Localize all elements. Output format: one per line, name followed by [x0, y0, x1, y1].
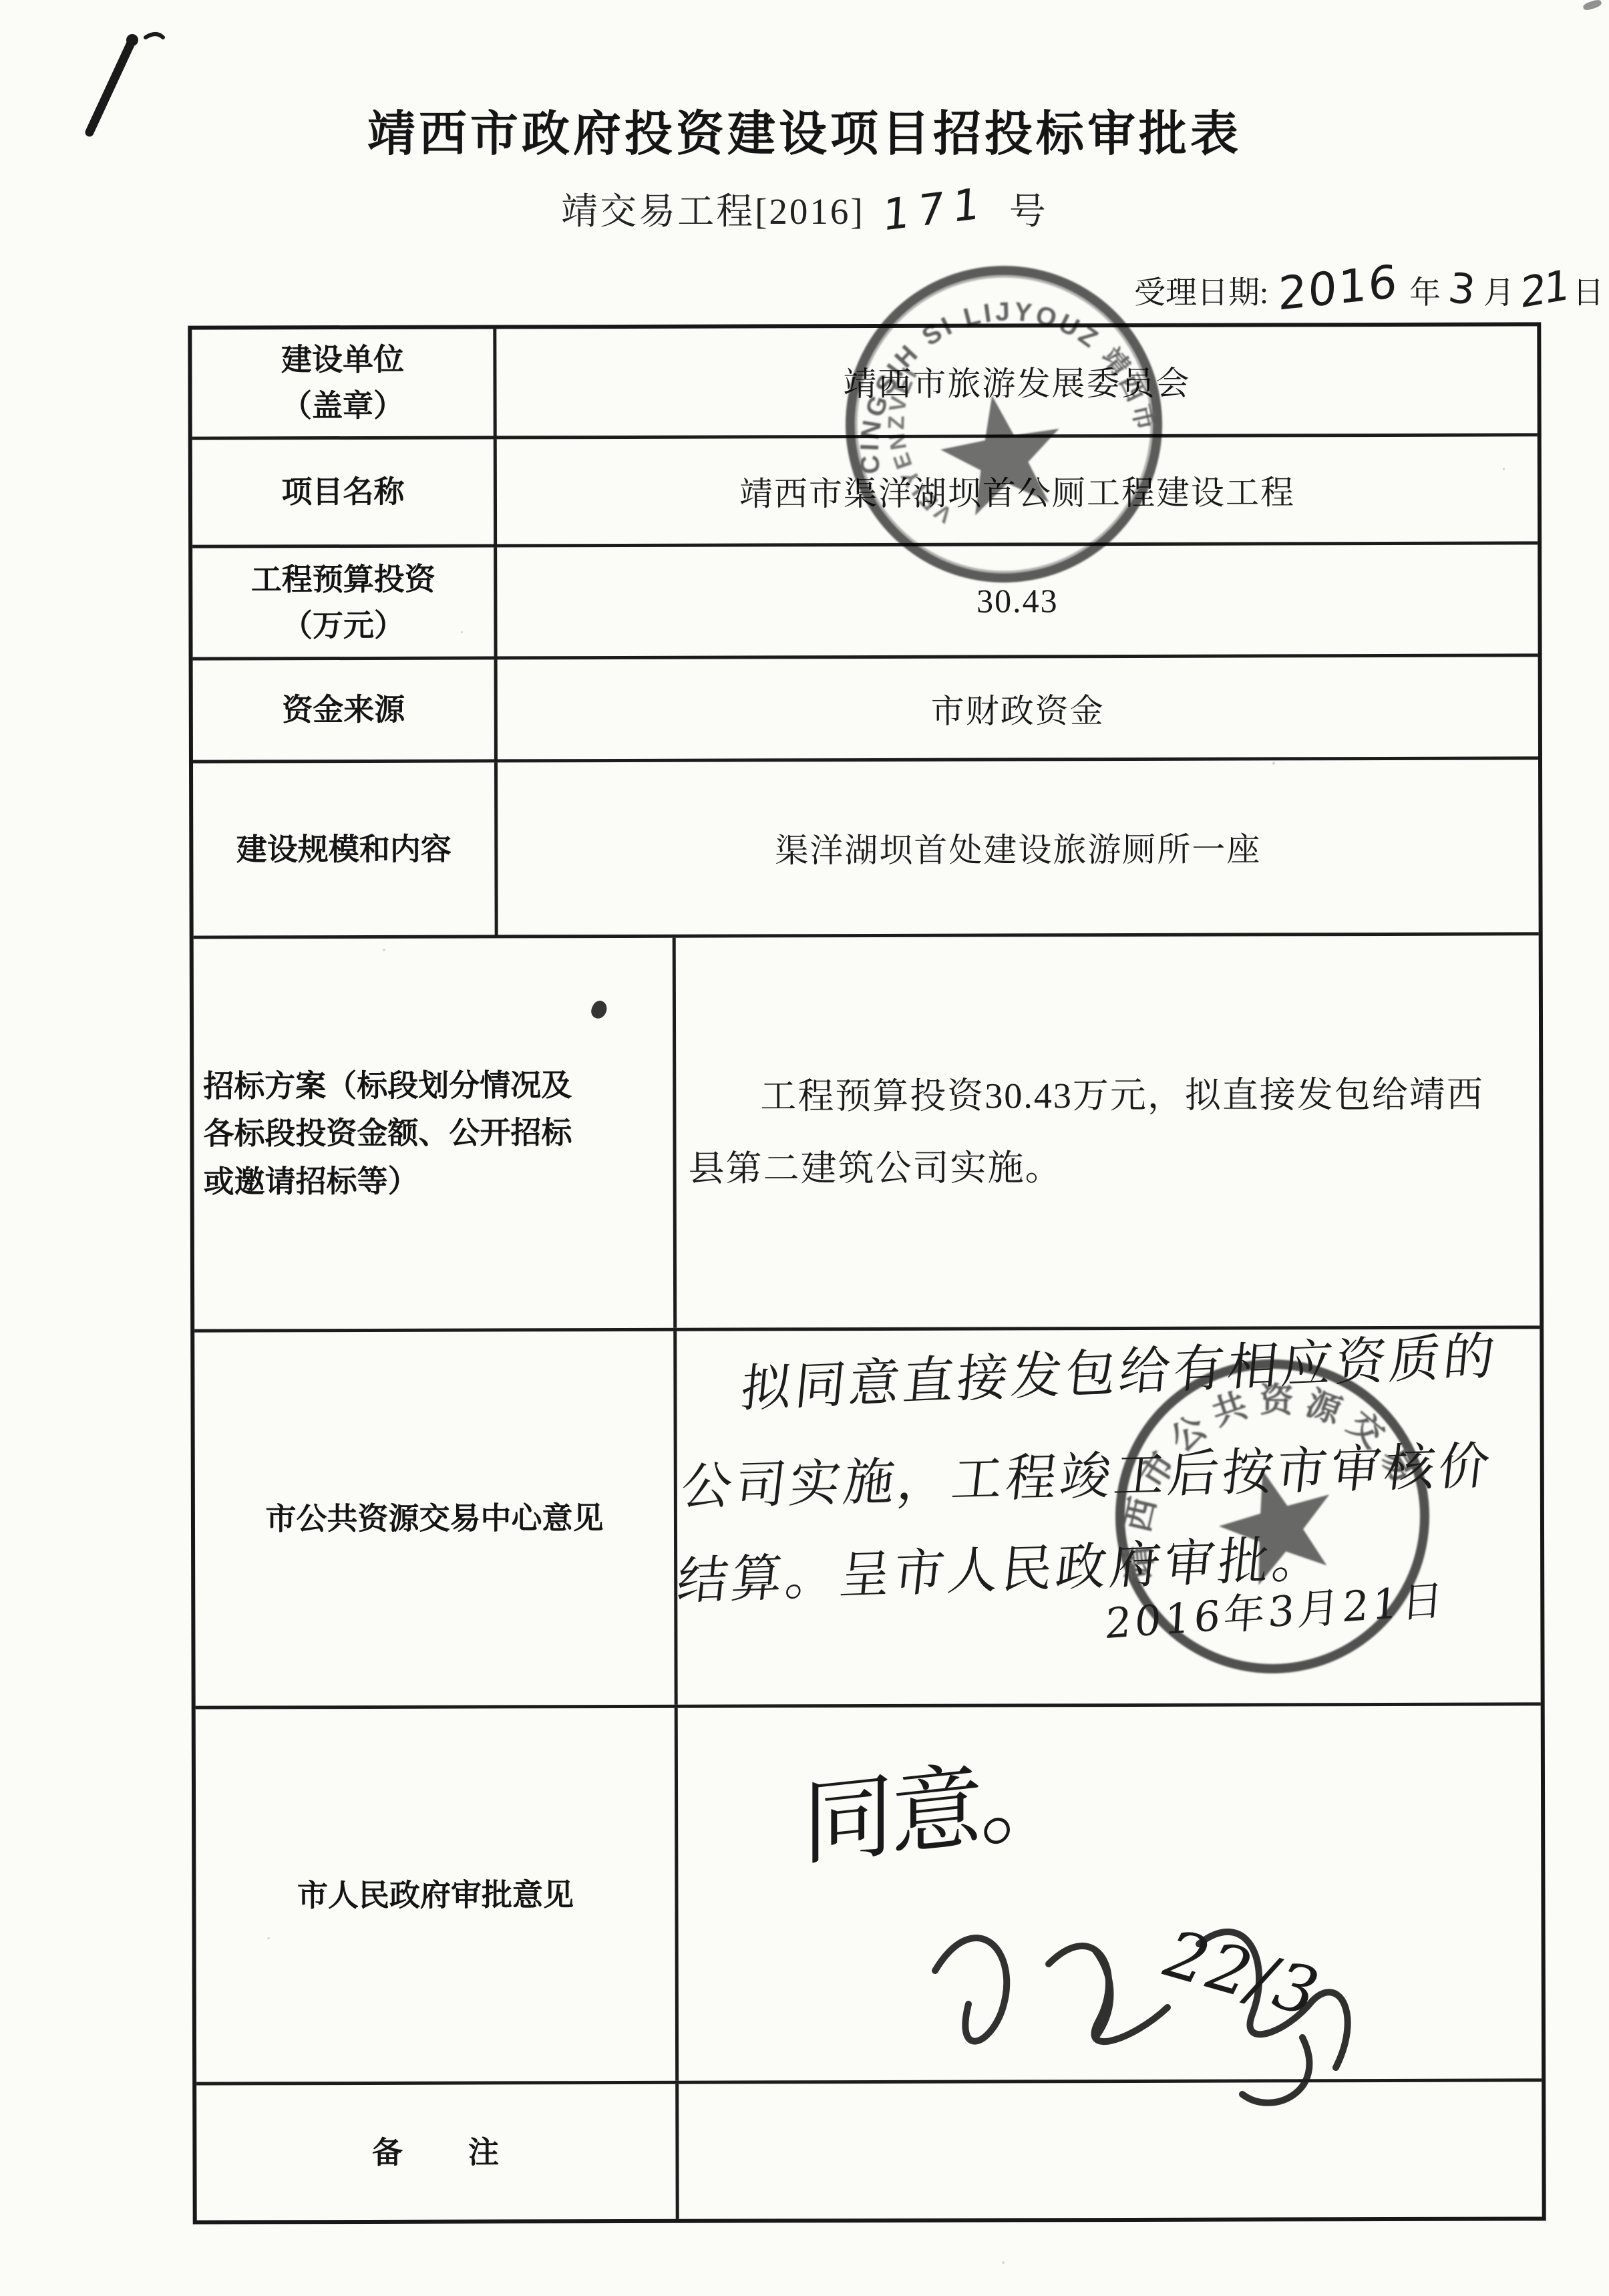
row-label: 建设单位 （盖章） — [192, 329, 496, 436]
bidding-plan-value: 工程预算投资30.43万元，拟直接发包给靖西 县第二建筑公司实施。 — [676, 935, 1540, 1327]
row-label: 备 注 — [196, 2084, 679, 2221]
table-row-fund-source: 资金来源 市财政资金 — [193, 653, 1538, 760]
fund-source-value: 市财政资金 — [498, 657, 1538, 759]
table-row-scale-content: 建设规模和内容 渠洋湖坝首处建设旅游厕所一座 — [193, 756, 1539, 935]
row-label: 建设规模和内容 — [193, 762, 498, 935]
row-label: 项目名称 — [192, 439, 497, 544]
accept-date-year-handwritten: 2016 — [1278, 255, 1399, 321]
scan-speckle — [1002, 2261, 1005, 2264]
tourism-committee-seal: CINGSIH SI LIJYOUZ 靖西市旅游发展委员会 VEIYENZVEI — [803, 223, 1205, 625]
row-label: 市人民政府审批意见 — [196, 1708, 679, 2082]
month-unit: 月 — [1483, 276, 1515, 311]
document-number: 靖交易工程[2016]171号 — [0, 182, 1609, 234]
star-icon — [933, 385, 1071, 520]
accept-date-line: 受理日期:2016年3月21日 — [1134, 262, 1608, 315]
document-number-handwritten: 171 — [881, 178, 989, 241]
scan-speckle — [383, 949, 385, 951]
scan-speckle — [1272, 762, 1275, 765]
row-label: 市公共资源交易中心意见 — [194, 1331, 677, 1706]
table-row-bidding-plan: 招标方案（标段划分情况及 各标段投资金额、公开招标 或邀请招标等） 工程预算投资… — [194, 932, 1540, 1329]
scanned-approval-form-page: 靖西市政府投资建设项目招投标审批表 靖交易工程[2016]171号 受理日期:2… — [0, 0, 1609, 2296]
day-unit: 日 — [1572, 276, 1604, 311]
handwriting-line: 公司实施，工程竣工后按市审核价 — [678, 1424, 1550, 1519]
scan-speckle — [1503, 468, 1505, 470]
page-title: 靖西市政府投资建设项目招投标审批表 — [0, 95, 1609, 164]
year-unit: 年 — [1409, 276, 1441, 311]
row-label: 工程预算投资 （万元） — [192, 547, 497, 657]
row-label: 资金来源 — [193, 659, 498, 760]
exchange-center-handwritten-opinion: 拟同意直接发包给有相应资质的 公司实施，工程竣工后按市审核价 结算。呈市人民政府… — [678, 1348, 1546, 1650]
accept-date-month-handwritten: 3 — [1445, 263, 1478, 315]
scan-corner-mark — [1582, 0, 1602, 11]
accept-date-day-handwritten: 21 — [1519, 260, 1568, 318]
document-number-suffix: 号 — [1009, 191, 1048, 232]
scan-speckle — [461, 631, 463, 633]
document-number-prefix: 靖交易工程[2016] — [561, 191, 865, 232]
row-label: 招标方案（标段划分情况及 各标段投资金额、公开招标 或邀请招标等） — [194, 938, 677, 1329]
scale-content-value: 渠洋湖坝首处建设旅游厕所一座 — [498, 760, 1539, 935]
signature-scribble — [895, 1870, 1403, 2124]
approval-handwritten-text: 同意。 — [802, 1722, 1069, 1883]
scan-speckle — [267, 1937, 270, 1939]
